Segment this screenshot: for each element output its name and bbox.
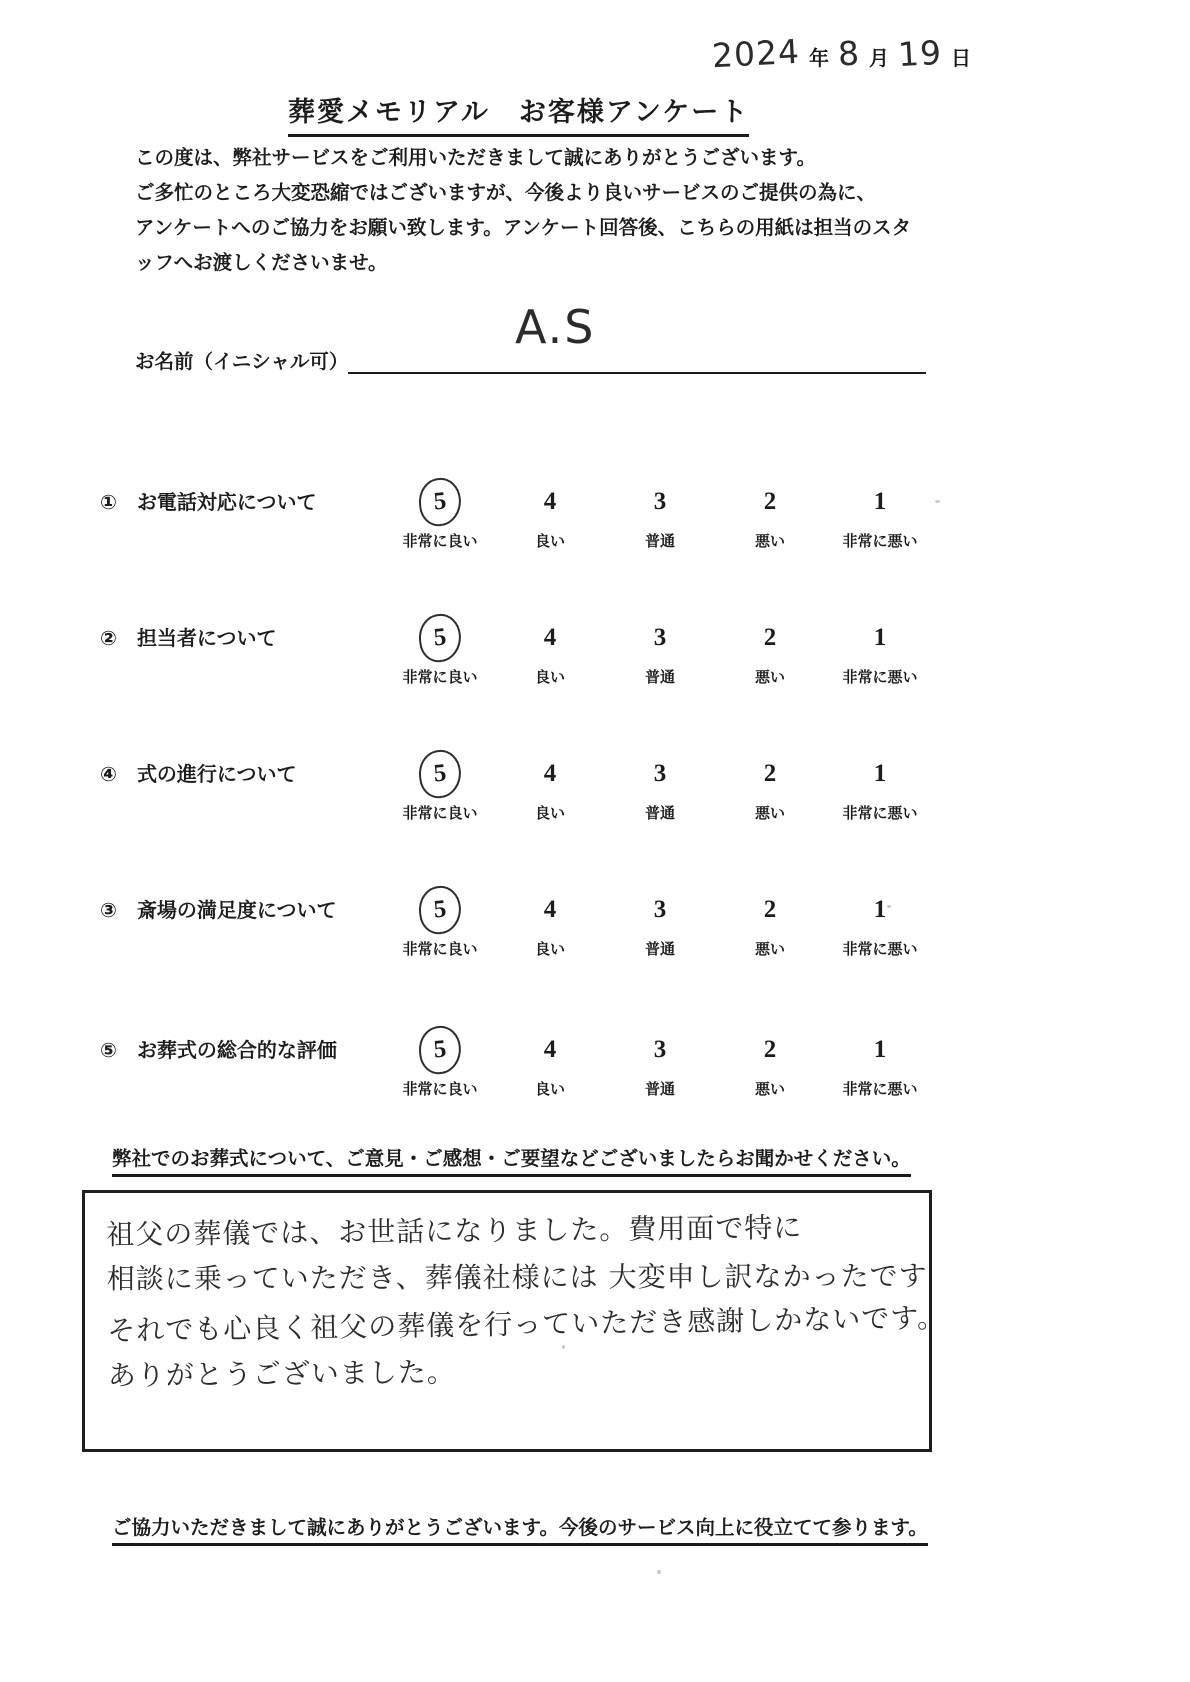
rating-option-3: 3普通 bbox=[605, 614, 715, 687]
rating-option-1: 1非常に悪い bbox=[825, 750, 935, 823]
survey-form-page: 2024 年 8 月 19 日 葬愛メモリアル お客様アンケート この度は、弊社… bbox=[0, 0, 1190, 1682]
rating-value: 3 bbox=[639, 614, 681, 662]
rating-caption: 非常に良い bbox=[385, 802, 495, 823]
question-label: ② 担当者について bbox=[100, 614, 385, 651]
rating-value: 2 bbox=[749, 886, 791, 934]
rating-option-5: 5非常に良い bbox=[385, 614, 495, 687]
date-month-unit: 月 bbox=[866, 42, 892, 71]
rating-value: 2 bbox=[749, 1026, 791, 1074]
rating-caption: 非常に良い bbox=[385, 938, 495, 959]
intro-line-3: アンケートへのご協力をお願い致します。アンケート回答後、こちらの用紙は担当のスタ bbox=[135, 211, 970, 246]
rating-value: 5 bbox=[417, 884, 463, 935]
rating-caption: 悪い bbox=[715, 530, 825, 551]
rating-caption: 悪い bbox=[715, 1078, 825, 1099]
question-label: ① お電話対応について bbox=[100, 478, 385, 515]
rating-option-1: 1非常に悪い bbox=[825, 1026, 935, 1099]
date-year-unit: 年 bbox=[806, 42, 832, 71]
rating-caption: 悪い bbox=[715, 938, 825, 959]
rating-caption: 非常に良い bbox=[385, 530, 495, 551]
date-year-handwritten: 2024 bbox=[711, 32, 801, 76]
scan-speck bbox=[562, 1345, 565, 1349]
rating-option-5: 5非常に良い bbox=[385, 886, 495, 959]
rating-value: 2 bbox=[749, 614, 791, 662]
rating-caption: 非常に悪い bbox=[825, 802, 935, 823]
rating-option-2: 2悪い bbox=[715, 750, 825, 823]
rating-option-4: 4良い bbox=[495, 478, 605, 551]
rating-value: 4 bbox=[529, 750, 571, 798]
rating-value: 3 bbox=[639, 750, 681, 798]
rating-option-3: 3普通 bbox=[605, 1026, 715, 1099]
comment-prompt: 弊社でのお葬式について、ご意見・ご感想・ご要望などございましたらお聞かせください… bbox=[112, 1143, 911, 1177]
date-field: 2024 年 8 月 19 日 bbox=[712, 34, 974, 73]
date-day-unit: 日 bbox=[948, 42, 974, 71]
rating-value: 5 bbox=[417, 476, 463, 527]
rating-value: 3 bbox=[639, 1026, 681, 1074]
rating-option-2: 2悪い bbox=[715, 614, 825, 687]
rating-option-2: 2悪い bbox=[715, 1026, 825, 1099]
rating-value: 4 bbox=[529, 1026, 571, 1074]
rating-option-3: 3普通 bbox=[605, 750, 715, 823]
question-label: ④ 式の進行について bbox=[100, 750, 385, 787]
rating-option-4: 4良い bbox=[495, 750, 605, 823]
rating-caption: 良い bbox=[495, 938, 605, 959]
comment-line-1: 祖父の葬儀では、お世話になりました。費用面で特に bbox=[106, 1203, 906, 1258]
rating-value: 5 bbox=[417, 748, 463, 799]
rating-caption: 非常に悪い bbox=[825, 530, 935, 551]
rating-value: 1 bbox=[859, 478, 901, 526]
rating-caption: 良い bbox=[495, 666, 605, 687]
rating-value: 1 bbox=[859, 1026, 901, 1074]
rating-option-2: 2悪い bbox=[715, 478, 825, 551]
question-row-ceremony-progress: ④ 式の進行について 5非常に良い 4良い 3普通 2悪い 1非常に悪い bbox=[100, 750, 945, 823]
rating-value: 5 bbox=[417, 612, 463, 663]
rating-option-5: 5非常に良い bbox=[385, 1026, 495, 1099]
scan-speck bbox=[657, 1570, 661, 1574]
question-row-staff: ② 担当者について 5非常に良い 4良い 3普通 2悪い 1非常に悪い bbox=[100, 614, 945, 687]
comment-box: 祖父の葬儀では、お世話になりました。費用面で特に 相談に乗っていただき、葬儀社様… bbox=[82, 1190, 932, 1452]
rating-option-5: 5非常に良い bbox=[385, 750, 495, 823]
question-label: ③ 斎場の満足度について bbox=[100, 886, 385, 923]
date-day-handwritten: 19 bbox=[897, 33, 943, 74]
name-field-underline bbox=[348, 372, 926, 374]
rating-caption: 普通 bbox=[605, 938, 715, 959]
rating-option-1: 1非常に悪い bbox=[825, 478, 935, 551]
rating-option-4: 4良い bbox=[495, 614, 605, 687]
intro-line-1: この度は、弊社サービスをご利用いただきまして誠にありがとうございます。 bbox=[135, 141, 970, 176]
question-label: ⑤ お葬式の総合的な評価 bbox=[100, 1026, 385, 1063]
rating-caption: 非常に悪い bbox=[825, 938, 935, 959]
rating-caption: 普通 bbox=[605, 1078, 715, 1099]
rating-value: 1 bbox=[859, 886, 901, 934]
rating-caption: 良い bbox=[495, 1078, 605, 1099]
form-title: 葬愛メモリアル お客様アンケート bbox=[288, 90, 749, 137]
rating-option-5: 5非常に良い bbox=[385, 478, 495, 551]
rating-caption: 普通 bbox=[605, 530, 715, 551]
rating-caption: 非常に悪い bbox=[825, 666, 935, 687]
rating-option-4: 4良い bbox=[495, 1026, 605, 1099]
rating-caption: 普通 bbox=[605, 802, 715, 823]
rating-caption: 非常に悪い bbox=[825, 1078, 935, 1099]
rating-value: 4 bbox=[529, 886, 571, 934]
comment-line-2: 相談に乗っていただき、葬儀社様には 大変申し訳なかったです bbox=[107, 1253, 907, 1303]
scan-speck bbox=[935, 500, 940, 503]
rating-value: 4 bbox=[529, 478, 571, 526]
rating-option-1: 1非常に悪い bbox=[825, 886, 935, 959]
rating-value: 3 bbox=[639, 886, 681, 934]
rating-caption: 非常に良い bbox=[385, 666, 495, 687]
rating-value: 5 bbox=[417, 1024, 463, 1075]
intro-line-4: ッフへお渡しくださいませ。 bbox=[135, 246, 970, 281]
rating-value: 1 bbox=[859, 614, 901, 662]
footer-thanks-note: ご協力いただきまして誠にありがとうございます。今後のサービス向上に役立てて参りま… bbox=[112, 1512, 928, 1546]
rating-option-2: 2悪い bbox=[715, 886, 825, 959]
name-field-label: お名前（イニシャル可） bbox=[135, 346, 348, 374]
rating-value: 2 bbox=[749, 750, 791, 798]
comment-handwritten-text: 祖父の葬儀では、お世話になりました。費用面で特に 相談に乗っていただき、葬儀社様… bbox=[106, 1203, 908, 1399]
rating-caption: 悪い bbox=[715, 802, 825, 823]
name-field-value-handwritten: A.S bbox=[515, 300, 595, 354]
rating-caption: 普通 bbox=[605, 666, 715, 687]
date-month-handwritten: 8 bbox=[837, 33, 861, 73]
rating-value: 2 bbox=[749, 478, 791, 526]
question-row-venue-satisfaction: ③ 斎場の満足度について 5非常に良い 4良い 3普通 2悪い 1非常に悪い bbox=[100, 886, 945, 959]
rating-caption: 悪い bbox=[715, 666, 825, 687]
rating-option-3: 3普通 bbox=[605, 478, 715, 551]
question-row-overall-evaluation: ⑤ お葬式の総合的な評価 5非常に良い 4良い 3普通 2悪い 1非常に悪い bbox=[100, 1026, 945, 1099]
rating-value: 1 bbox=[859, 750, 901, 798]
rating-value: 4 bbox=[529, 614, 571, 662]
intro-paragraph: この度は、弊社サービスをご利用いただきまして誠にありがとうございます。 ご多忙の… bbox=[135, 141, 970, 281]
intro-line-2: ご多忙のところ大変恐縮ではございますが、今後より良いサービスのご提供の為に、 bbox=[135, 176, 970, 211]
rating-caption: 非常に良い bbox=[385, 1078, 495, 1099]
question-row-phone-response: ① お電話対応について 5非常に良い 4良い 3普通 2悪い 1非常に悪い bbox=[100, 478, 945, 551]
rating-option-1: 1非常に悪い bbox=[825, 614, 935, 687]
rating-option-4: 4良い bbox=[495, 886, 605, 959]
scan-speck bbox=[887, 905, 891, 908]
rating-caption: 良い bbox=[495, 802, 605, 823]
rating-caption: 良い bbox=[495, 530, 605, 551]
rating-value: 3 bbox=[639, 478, 681, 526]
rating-option-3: 3普通 bbox=[605, 886, 715, 959]
